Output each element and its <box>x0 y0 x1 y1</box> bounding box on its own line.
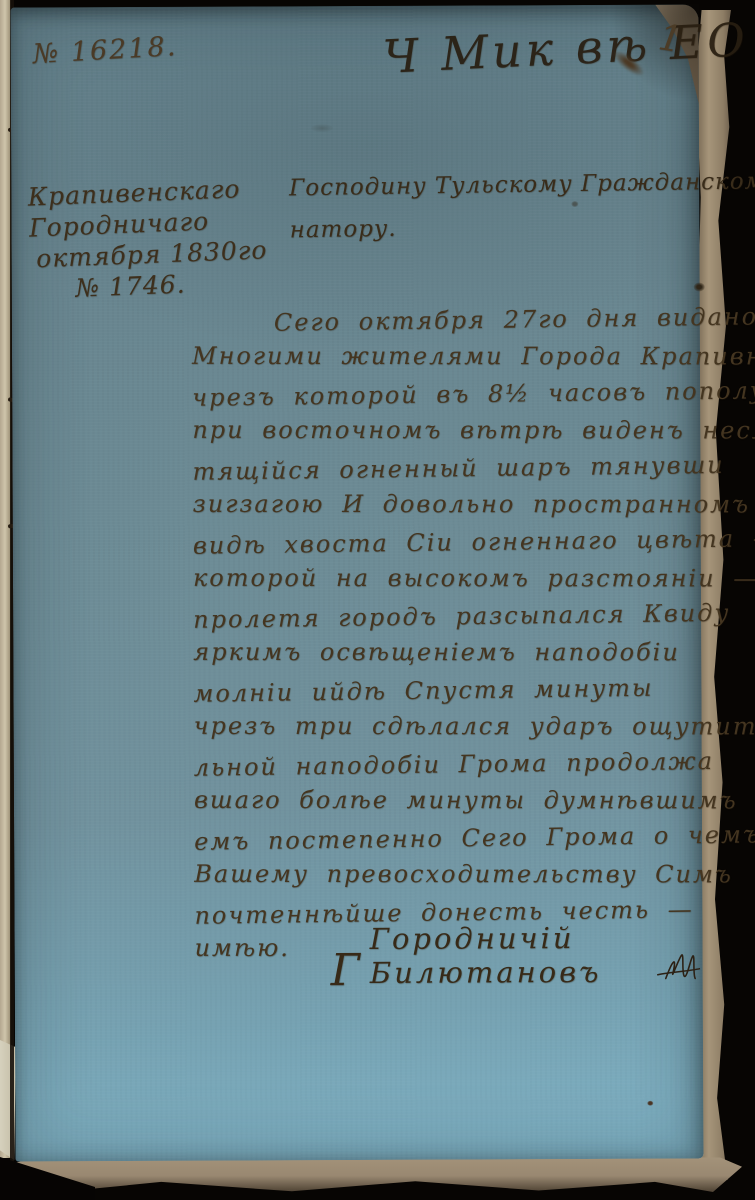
recipient-line: Господину Тульскому Гражданскому Губер- <box>289 159 755 210</box>
body-line: которой на высокомъ разстояніи — <box>193 560 755 598</box>
body-line: чрезъ три сдѣлался ударъ ощутите <box>194 708 755 746</box>
body-line: молніи ийдѣ Спустя минуты <box>193 667 755 713</box>
body-line: Многими жителями Города Крапивны <box>192 338 755 376</box>
manuscript-page: № 16218. Ч Мик вѣ ЕО 1 Крапивенскаго Гор… <box>10 5 703 1162</box>
letter-body: Сего октября 27го дня видано было — Мног… <box>192 300 755 969</box>
document-number: № 16218. <box>32 31 178 70</box>
body-line: Вашему превосходительству Симъ <box>194 856 755 894</box>
signature: Г Городничій Билютановъ <box>330 920 702 996</box>
recipient-heading: Господину Тульскому Гражданскому Губер- … <box>289 159 755 252</box>
body-line: чрезъ которой въ 8½ часовъ пополудни <box>192 371 755 417</box>
body-line: льной наподобіи Грома продолжа <box>194 741 755 787</box>
signature-name: Городничій Билютановъ <box>370 921 645 996</box>
body-line: вшаго болѣе минуты думнѣвшимъ <box>194 782 755 820</box>
body-line: тящійся огненный шаръ тянувши <box>192 445 755 491</box>
body-line: видѣ хвоста Сіи огненнаго цвѣта — <box>193 519 755 565</box>
body-line: Сего октября 27го дня видано было — <box>192 297 755 343</box>
underlying-page-edge-bottom <box>16 1156 742 1192</box>
ink-stain <box>647 1101 653 1106</box>
archival-document-scan: № 16218. Ч Мик вѣ ЕО 1 Крапивенскаго Гор… <box>0 0 755 1200</box>
body-line: емъ постепенно Сего Грома о чемъ <box>194 815 755 861</box>
body-line: пролетя городъ разсыпался Квиду <box>193 593 755 639</box>
body-line: зигзагою И довольно пространномъ <box>193 486 755 524</box>
paper-blemish <box>311 124 333 132</box>
body-line: при восточномъ вѣтрѣ виденъ неслѣ <box>192 412 755 450</box>
recipient-line: натору. <box>289 201 755 252</box>
signature-prefix: Г <box>331 945 360 996</box>
body-line: яркимъ освѣщеніемъ наподобіи <box>193 634 755 672</box>
signature-flourish-icon <box>655 936 703 994</box>
sender-margin-note: Крапивенскаго Городничаго октября 1830го… <box>27 172 269 305</box>
